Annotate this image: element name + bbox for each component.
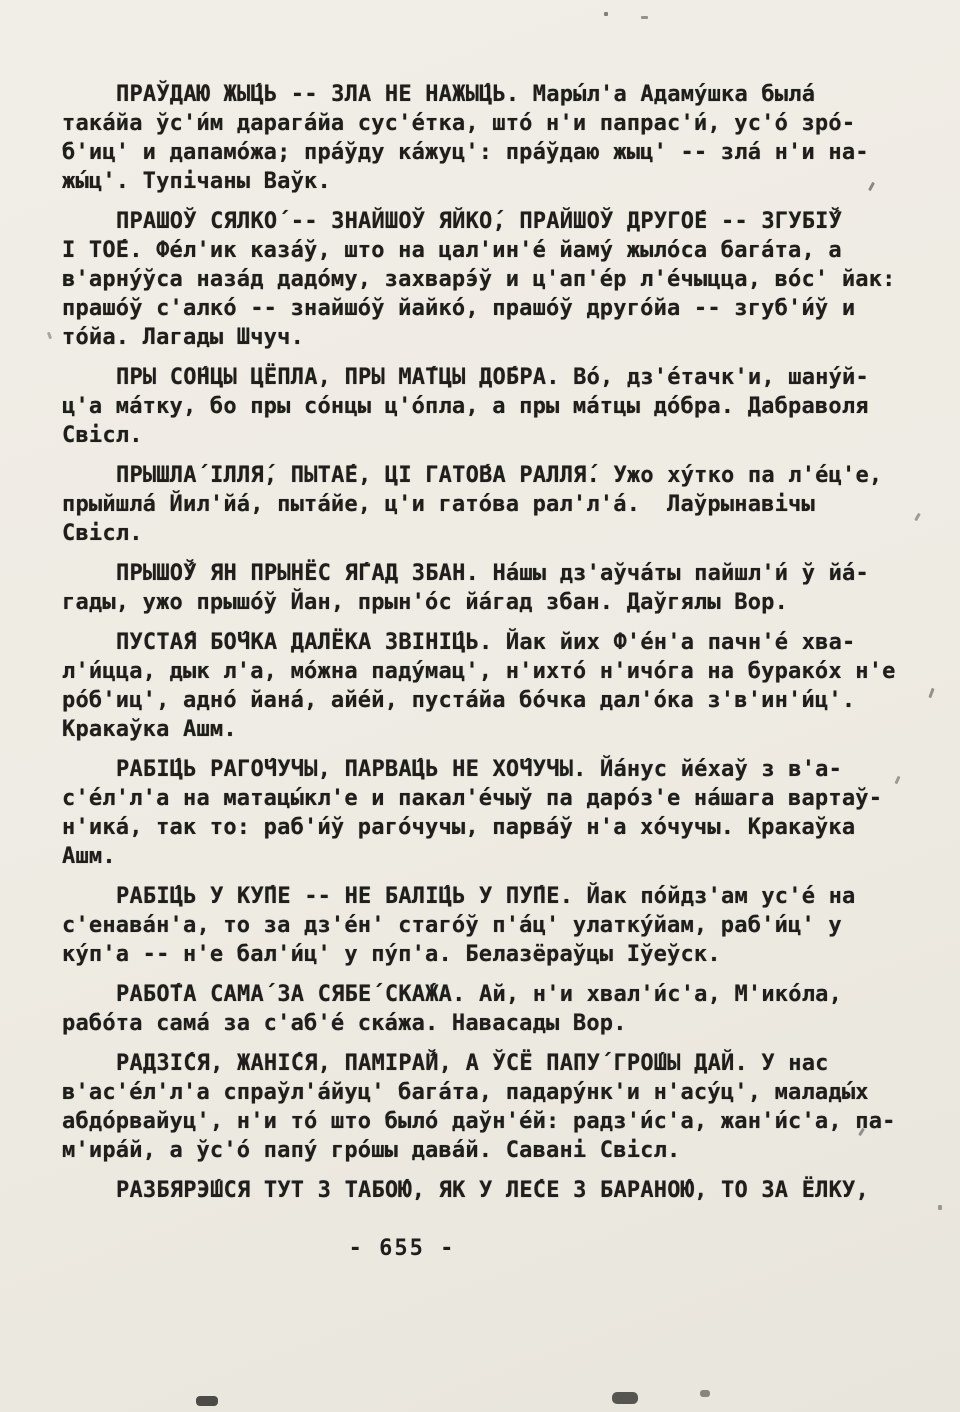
proverb-paragraph: РАДЗІ́СЯ, ЖАНІ́СЯ, ПАМІРА́Й, А ЎСЁ ПАПУ́… <box>62 1049 904 1165</box>
text-line: така́йа ўс'и́м дарага́йа сус'е́тка, што́… <box>62 109 904 138</box>
text-line: в'ас'е́л'л'а спраўл'а́йуц' бага́та, пада… <box>62 1078 904 1107</box>
scan-smudge <box>700 1390 710 1397</box>
text-line: Ашм. <box>62 842 904 871</box>
text-line: РАБО́ТА САМА́ ЗА СЯБЕ́ СКА́ЖА. Ай, н'и х… <box>62 980 904 1009</box>
text-line: Кракаўка Ашм. <box>62 715 904 744</box>
proverb-paragraph: РАЗБЯРЭ́ШСЯ ТУТ З ТАБО́Ю, ЯК У ЛЕ́СЕ З Б… <box>62 1176 904 1205</box>
proverb-paragraph: ПРЫШЛА́ ІЛЛЯ́, ПЫТА́Е, ЦІ ГАТО́ВА РАЛЛЯ́… <box>62 461 904 548</box>
text-line: ПРЫШО́Ў ЯН ПРЫНЁС Я́ГАД ЗБАН. На́шы дз'а… <box>62 559 904 588</box>
text-line: Свісл. <box>62 421 904 450</box>
page-number: - 655 - <box>62 1236 742 1261</box>
text-line: с'е́л'л'а на матацы́кл'е и пакал'е́чыў п… <box>62 784 904 813</box>
text-line: абдо́рвайуц', н'и то́ што было́ даўн'е́й… <box>62 1107 904 1136</box>
text-line: РАЗБЯРЭ́ШСЯ ТУТ З ТАБО́Ю, ЯК У ЛЕ́СЕ З Б… <box>62 1176 904 1205</box>
text-line: РАДЗІ́СЯ, ЖАНІ́СЯ, ПАМІРА́Й, А ЎСЁ ПАПУ́… <box>62 1049 904 1078</box>
text-line: ПРАЎДАЮ ЖЫ́ЦЬ -- ЗЛА НЕ НАЖЫ́ЦЬ. Мары́л'… <box>62 80 904 109</box>
scanned-document-page: ПРАЎДАЮ ЖЫ́ЦЬ -- ЗЛА НЕ НАЖЫ́ЦЬ. Мары́л'… <box>0 0 960 1412</box>
proverb-paragraph: РАБІ́ЦЬ У КУ́ПЕ -- НЕ БАЛІ́ЦЬ У ПУ́ПЕ. Й… <box>62 882 904 969</box>
text-line: б'иц' и дапамо́жа; пра́ўду ка́жуц': пра́… <box>62 138 904 167</box>
proverb-paragraph: РАБІ́ЦЬ РАГО́ЧУЧЫ, ПАРВА́ЦЬ НЕ ХО́ЧУЧЫ. … <box>62 755 904 871</box>
text-line: в'арну́ўса наза́д дадо́му, захварэ́ў и ц… <box>62 265 904 294</box>
text-line: ц'а ма́тку, бо пры со́нцы ц'о́пла, а пры… <box>62 392 904 421</box>
text-line: ку́п'а -- н'е бал'и́ц' у пу́п'а. Белазёр… <box>62 940 904 969</box>
proverb-paragraph: РАБО́ТА САМА́ ЗА СЯБЕ́ СКА́ЖА. Ай, н'и х… <box>62 980 904 1038</box>
text-line: Свісл. <box>62 519 904 548</box>
text-line: І ТО́Е. Фе́л'ик каза́ў, што на цал'ин'е́… <box>62 236 904 265</box>
scan-smudge <box>612 1392 638 1404</box>
text-line: м'ира́й, а ўс'о́ папу́ гро́шы дава́й. Са… <box>62 1136 904 1165</box>
text-line: то́йа. Лагады Шчуч. <box>62 323 904 352</box>
scan-speck <box>604 12 608 16</box>
proverb-paragraph: ПРЫШО́Ў ЯН ПРЫНЁС Я́ГАД ЗБАН. На́шы дз'а… <box>62 559 904 617</box>
text-line: с'енава́н'а, то за дз'е́н' стаго́ў п'а́ц… <box>62 911 904 940</box>
text-line: ПРЫ СО́НЦЫ ЦЁПЛА, ПРЫ МА́ТЦЫ ДО́БРА. Во́… <box>62 363 904 392</box>
proverb-paragraph: ПУСТА́Я БО́ЧКА ДАЛЁКА ЗВІНІ́ЦЬ. Йак йих … <box>62 628 904 744</box>
proverb-paragraph: ПРЫ СО́НЦЫ ЦЁПЛА, ПРЫ МА́ТЦЫ ДО́БРА. Во́… <box>62 363 904 450</box>
text-line: жы́ц'. Тупічаны Ваўк. <box>62 167 904 196</box>
scan-speck <box>47 332 52 340</box>
scan-speck <box>928 688 934 698</box>
text-line: прыйшла́ Йил'йа́, пыта́йе, ц'и гато́ва р… <box>62 490 904 519</box>
scan-speck <box>938 1205 942 1210</box>
scan-speck <box>641 16 648 19</box>
text-line: гады, ужо прышо́ў Йан, прын'о́с йа́гад з… <box>62 588 904 617</box>
text-line: ро́б'иц', адно́ йана́, айе́й, пуста́йа б… <box>62 686 904 715</box>
text-line: н'ика́, так то: раб'и́ў раго́чучы, парва… <box>62 813 904 842</box>
text-line: рабо́та сама́ за с'аб'е́ ска́жа. Навасад… <box>62 1009 904 1038</box>
proverb-paragraph: ПРАЎДАЮ ЖЫ́ЦЬ -- ЗЛА НЕ НАЖЫ́ЦЬ. Мары́л'… <box>62 80 904 196</box>
text-block: ПРАЎДАЮ ЖЫ́ЦЬ -- ЗЛА НЕ НАЖЫ́ЦЬ. Мары́л'… <box>62 80 904 1216</box>
text-line: РАБІ́ЦЬ РАГО́ЧУЧЫ, ПАРВА́ЦЬ НЕ ХО́ЧУЧЫ. … <box>62 755 904 784</box>
text-line: ПРАШОЎ СЯЛКО́ -- ЗНАЙШОЎ ЯЙКО́, ПРАЙШОЎ … <box>62 207 904 236</box>
proverb-paragraph: ПРАШОЎ СЯЛКО́ -- ЗНАЙШОЎ ЯЙКО́, ПРАЙШОЎ … <box>62 207 904 352</box>
text-line: ПРЫШЛА́ ІЛЛЯ́, ПЫТА́Е, ЦІ ГАТО́ВА РАЛЛЯ́… <box>62 461 904 490</box>
text-line: л'и́цца, дык л'а, мо́жна паду́мац', н'их… <box>62 657 904 686</box>
text-line: РАБІ́ЦЬ У КУ́ПЕ -- НЕ БАЛІ́ЦЬ У ПУ́ПЕ. Й… <box>62 882 904 911</box>
text-line: ПУСТА́Я БО́ЧКА ДАЛЁКА ЗВІНІ́ЦЬ. Йак йих … <box>62 628 904 657</box>
scan-speck <box>914 513 921 521</box>
text-line: прашо́ў с'алко́ -- знайшо́ў йайко́, праш… <box>62 294 904 323</box>
scan-smudge <box>196 1396 218 1406</box>
